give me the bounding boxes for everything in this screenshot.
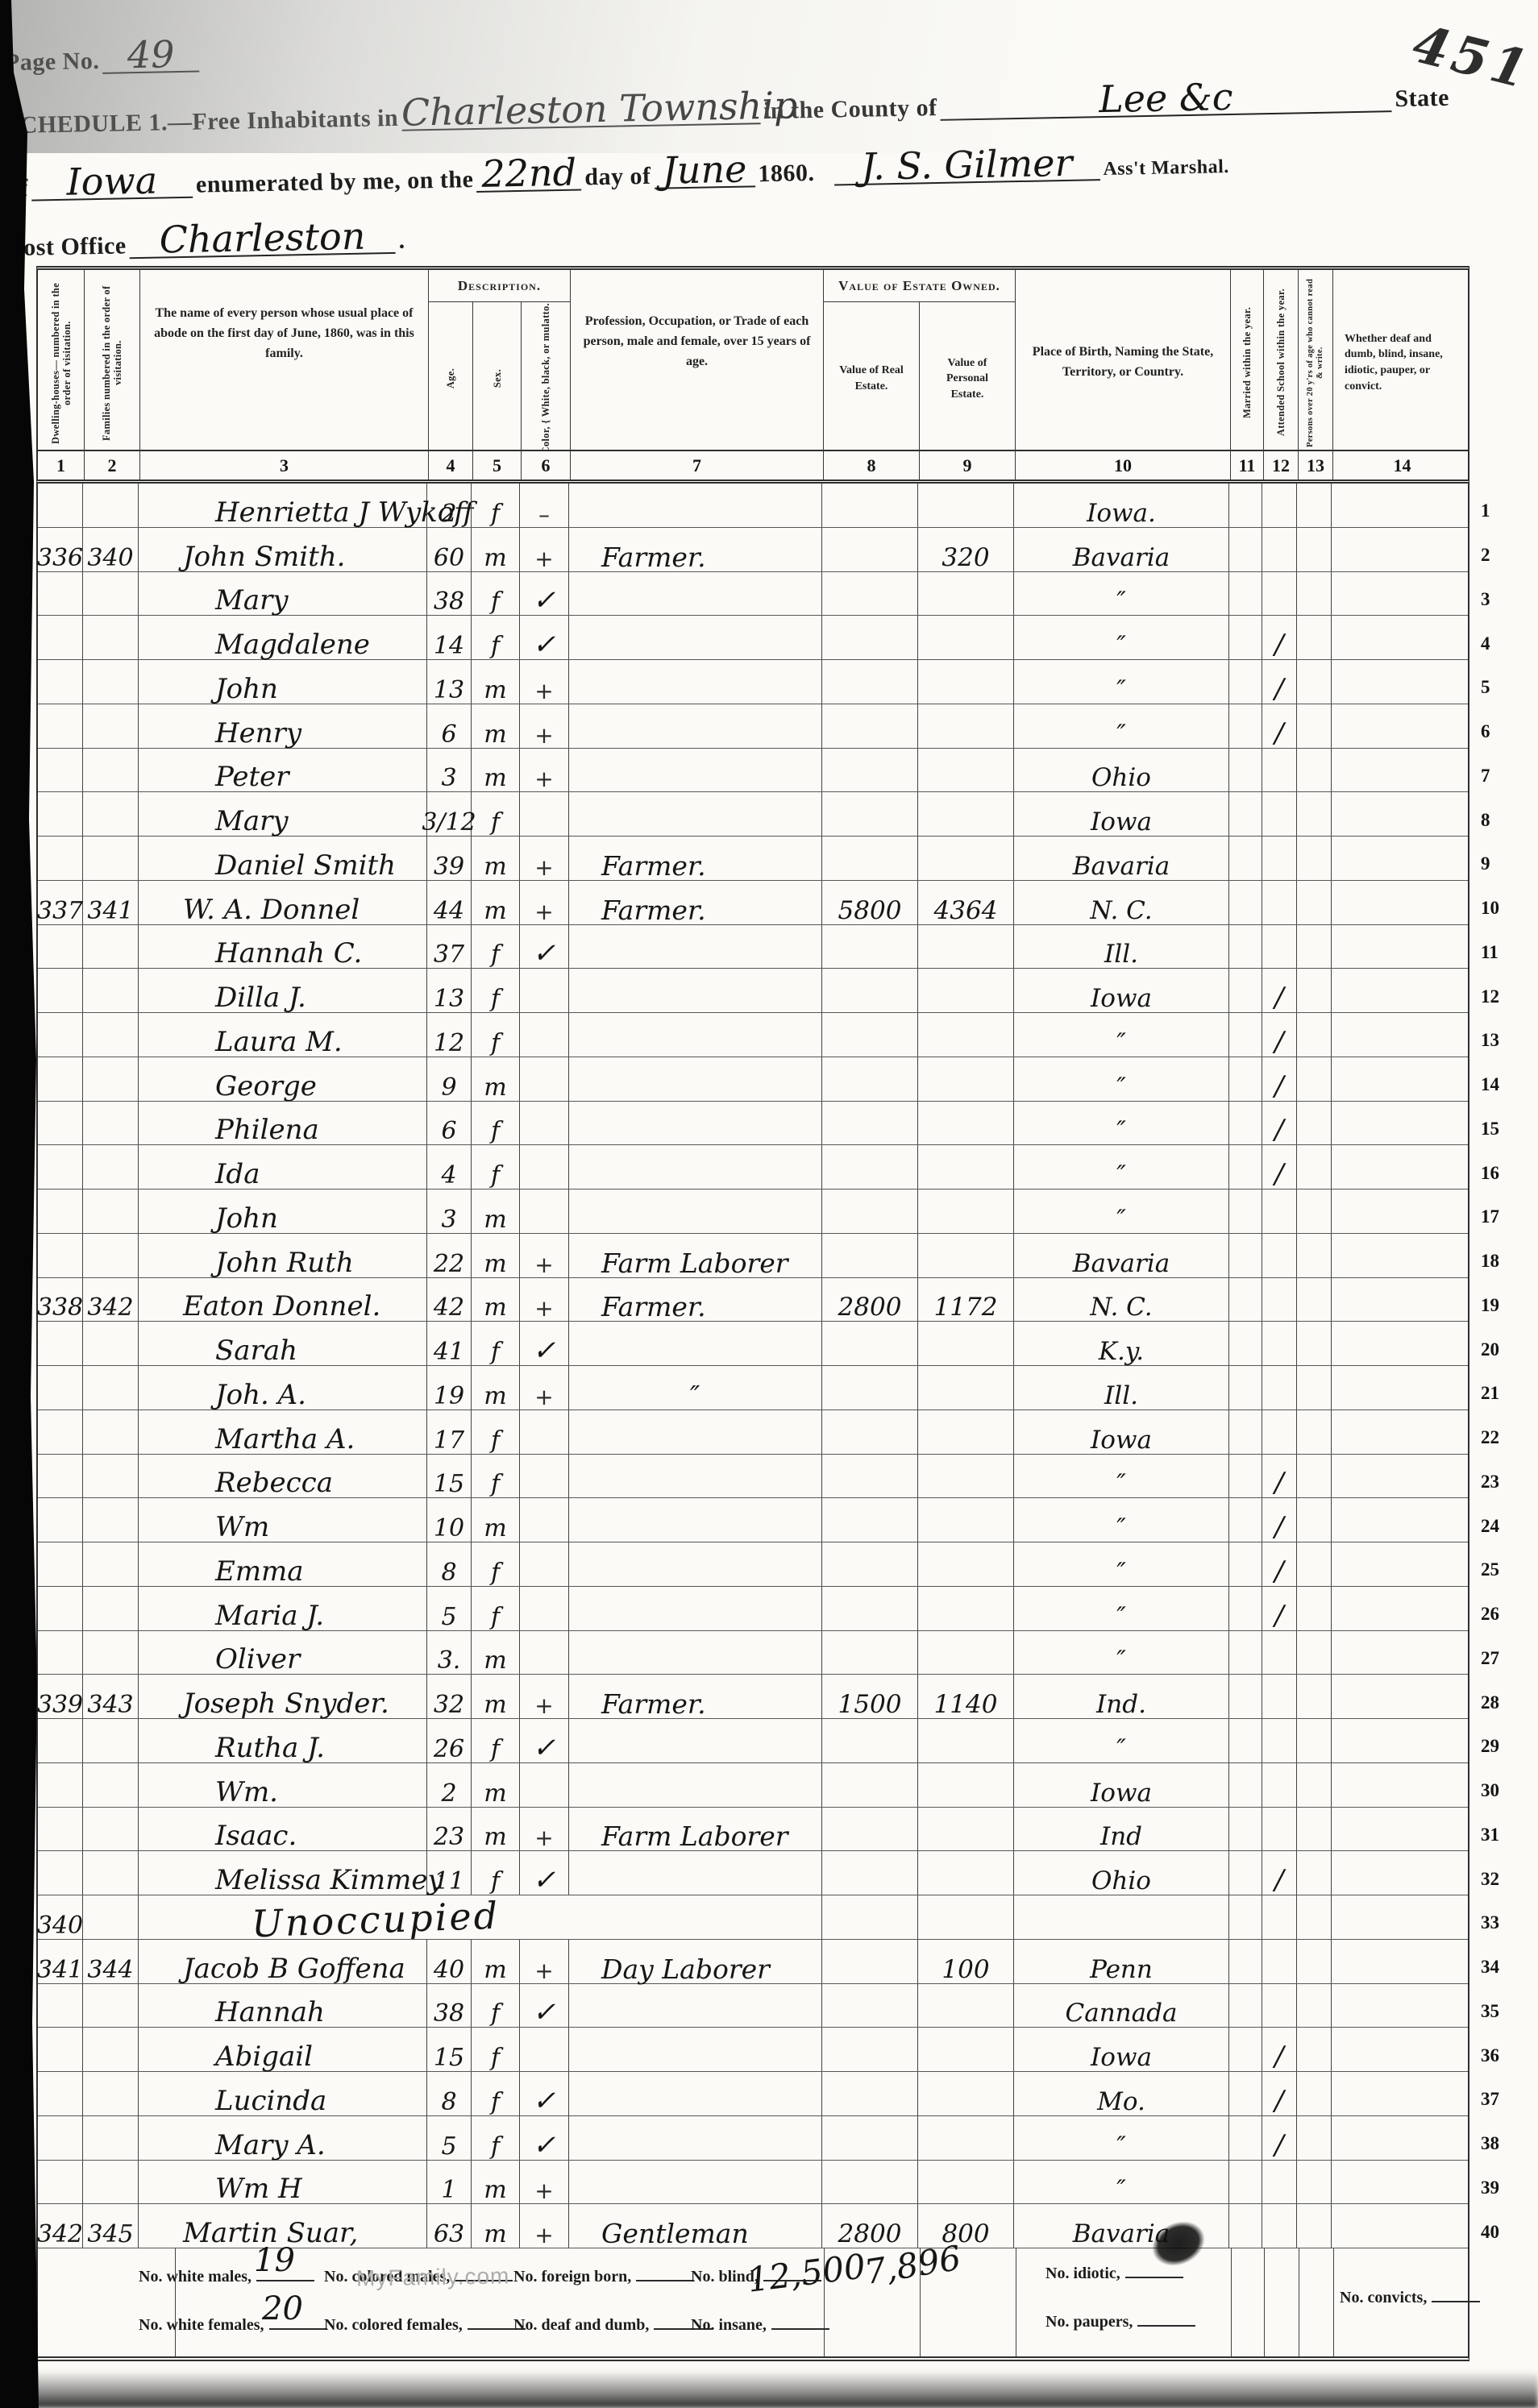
cell-color-mark (520, 1013, 569, 1057)
table-row: Oliver3.m″ (38, 1631, 1468, 1675)
cell-age: 41 (427, 1322, 472, 1365)
cell-married-mark (1229, 749, 1262, 792)
cell-personal-estate (918, 660, 1014, 704)
cell-cannot-read-mark (1297, 925, 1332, 969)
cell-sex: m (472, 749, 520, 792)
cell-married-mark (1229, 484, 1262, 527)
cell-family-number: 344 (83, 1940, 139, 1983)
cell-remarks (1332, 704, 1466, 748)
cell-real-estate (822, 1851, 918, 1895)
cell-personal-estate (918, 2116, 1014, 2160)
table-row: Daniel Smith39m+Farmer.Bavaria (38, 837, 1468, 881)
cell-age: 63 (427, 2204, 472, 2248)
cell-birthplace: N. C. (1014, 1278, 1229, 1322)
cell-occupation (569, 792, 822, 836)
cell-occupation (569, 1631, 822, 1675)
line-number: 27 (1469, 1631, 1538, 1675)
cell-married-mark (1229, 572, 1262, 616)
cell-personal-estate (918, 1895, 1014, 1939)
header-cannot-read: Persons over 20 y'rs of age who cannot r… (1299, 270, 1333, 455)
cell-sex: m (472, 704, 520, 748)
cell-sex: m (472, 1808, 520, 1851)
table-row: Rebecca15f″/ (38, 1455, 1468, 1499)
cell-family-number (83, 572, 139, 616)
cell-remarks (1332, 484, 1466, 527)
cell-color-mark (520, 1763, 569, 1807)
cell-family-number (83, 1587, 139, 1630)
cell-name: Abigail (139, 2028, 427, 2071)
column-number-row: 1 2 3 4 5 6 7 8 9 10 11 12 13 14 (36, 451, 1469, 484)
cell-married-mark (1229, 1455, 1262, 1498)
cell-real-estate (822, 1102, 918, 1145)
cell-name: Henry (139, 704, 427, 748)
cell-birthplace (1014, 1895, 1229, 1939)
cell-school-mark (1262, 1675, 1297, 1718)
cell-married-mark (1229, 969, 1262, 1012)
cell-real-estate (822, 484, 918, 527)
cell-personal-estate (918, 572, 1014, 616)
cell-cannot-read-mark (1297, 1719, 1332, 1762)
cell-birthplace: ″ (1014, 1587, 1229, 1630)
cell-color-mark: ✓ (520, 925, 569, 969)
cell-name: Wm H (139, 2161, 427, 2204)
cell-sex: m (472, 1498, 520, 1542)
cell-occupation (569, 1498, 822, 1542)
col-num-8: 8 (824, 451, 920, 480)
line-number: 5 (1469, 660, 1538, 704)
cell-married-mark (1229, 1763, 1262, 1807)
cell-remarks (1332, 1189, 1466, 1233)
table-row: Isaac.23m+Farm LaborerInd (38, 1808, 1468, 1852)
cell-married-mark (1229, 1145, 1262, 1189)
cell-color-mark: ✓ (520, 1984, 569, 2028)
page-no-blank: 49 (102, 44, 200, 74)
cell-cannot-read-mark (1297, 2116, 1332, 2160)
cell-school-mark (1262, 1984, 1297, 2028)
line-number: 19 (1469, 1278, 1538, 1322)
cell-age: 6 (427, 1102, 472, 1145)
cell-name: Hannah C. (139, 925, 427, 969)
cell-age: 40 (427, 1940, 472, 1983)
table-row: Hannah38f✓Cannada (38, 1984, 1468, 2028)
cell-name: Magdalene (139, 616, 427, 659)
cell-personal-estate (918, 1808, 1014, 1851)
cell-married-mark (1229, 616, 1262, 659)
cell-real-estate (822, 1322, 918, 1365)
cell-sex: f (472, 1719, 520, 1762)
cell-color-mark (520, 969, 569, 1012)
col-num-5: 5 (473, 451, 522, 480)
cell-sex: f (472, 572, 520, 616)
post-office-value: Charleston (159, 214, 366, 262)
cell-school-mark: / (1262, 969, 1297, 1012)
cell-married-mark (1229, 1013, 1262, 1057)
cell-birthplace: ″ (1014, 1013, 1229, 1057)
cell-school-mark (1262, 2161, 1297, 2204)
header-family: Families numbered in the order of visita… (85, 270, 140, 455)
cell-real-estate (822, 1808, 918, 1851)
line-number: 17 (1469, 1189, 1538, 1234)
cell-remarks (1332, 1410, 1466, 1454)
header-name: The name of every person whose usual pla… (140, 270, 429, 455)
cell-real-estate (822, 1940, 918, 1983)
cell-age: 8 (427, 1542, 472, 1586)
colored-females-label: No. colored females, (324, 2316, 526, 2335)
col-num-4: 4 (429, 451, 473, 480)
cell-color-mark: + (520, 837, 569, 880)
cell-married-mark (1229, 2028, 1262, 2071)
cell-personal-estate (918, 1455, 1014, 1498)
cell-cannot-read-mark (1297, 484, 1332, 527)
cell-sex: f (472, 1102, 520, 1145)
cell-real-estate: 2800 (822, 1278, 918, 1322)
line-number: 3 (1469, 572, 1538, 617)
cell-personal-estate: 1172 (918, 1278, 1014, 1322)
cell-personal-estate (918, 1719, 1014, 1762)
cell-cannot-read-mark (1297, 1057, 1332, 1101)
cell-married-mark (1229, 1940, 1262, 1983)
cell-married-mark (1229, 1542, 1262, 1586)
cell-birthplace: ″ (1014, 1542, 1229, 1586)
cell-color-mark: + (520, 528, 569, 571)
table-row: Rutha J.26f✓″ (38, 1719, 1468, 1763)
cell-occupation (569, 925, 822, 969)
header-cannot-read-text: Persons over 20 y'rs of age who cannot r… (1306, 276, 1325, 450)
cell-sex: m (472, 1631, 520, 1675)
cell-remarks (1332, 1675, 1466, 1718)
cell-name: Mary (139, 792, 427, 836)
cell-age: 39 (427, 837, 472, 880)
table-row: Henry6m+″/ (38, 704, 1468, 749)
cell-school-mark: / (1262, 2028, 1297, 2071)
cell-personal-estate (918, 1145, 1014, 1189)
footer-rule (1264, 2248, 1265, 2356)
cell-school-mark (1262, 1234, 1297, 1277)
cell-color-mark: + (520, 1234, 569, 1277)
cell-birthplace: ″ (1014, 704, 1229, 748)
cell-married-mark (1229, 1057, 1262, 1101)
header-school: Attended School within the year. (1264, 270, 1299, 455)
white-males-blank (256, 2280, 314, 2281)
enumerated-label: enumerated by me, on the (196, 166, 474, 198)
cell-personal-estate (918, 1410, 1014, 1454)
cell-cannot-read-mark (1297, 660, 1332, 704)
cell-occupation: Gentleman (569, 2204, 822, 2248)
cell-name: Oliver (139, 1631, 427, 1675)
header-dwelling-text: Dwelling-houses— numbered in the order o… (50, 276, 73, 450)
line-number: 2 (1469, 528, 1538, 572)
cell-personal-estate (918, 2072, 1014, 2115)
cell-school-mark (1262, 1895, 1297, 1939)
county-label: in the County of (763, 94, 937, 124)
marshal-label: Ass't Marshal. (1103, 156, 1229, 180)
cell-remarks (1332, 1808, 1466, 1851)
cell-birthplace: ″ (1014, 1631, 1229, 1675)
cell-dwelling-number: 337 (38, 881, 83, 924)
cell-remarks (1332, 1587, 1466, 1630)
col-num-14: 14 (1333, 451, 1471, 480)
cell-real-estate (822, 1895, 918, 1939)
state-blank: Iowa (31, 169, 193, 201)
cell-cannot-read-mark (1297, 969, 1332, 1012)
cell-occupation (569, 1057, 822, 1101)
cell-real-estate (822, 969, 918, 1012)
cell-name: Eaton Donnel. (139, 1278, 427, 1322)
cell-age: 1 (427, 2161, 472, 2204)
cell-birthplace: ″ (1014, 616, 1229, 659)
cell-real-estate: 5800 (822, 881, 918, 924)
line-number: 25 (1469, 1542, 1538, 1587)
cell-sex: f (472, 1013, 520, 1057)
cell-real-estate (822, 572, 918, 616)
cell-remarks (1332, 1542, 1466, 1586)
header-remarks: Whether deaf and dumb, blind, insane, id… (1333, 270, 1471, 455)
header-real-estate-text: Value of Real Estate. (824, 358, 919, 399)
convicts-label: No. convicts, (1340, 2289, 1480, 2307)
cell-occupation (569, 1145, 822, 1189)
line-number: 38 (1469, 2116, 1538, 2161)
state-word: State (1395, 85, 1449, 112)
footer-rule (1016, 2248, 1016, 2356)
cell-married-mark (1229, 881, 1262, 924)
line-number: 9 (1469, 837, 1538, 881)
cell-birthplace: ″ (1014, 1145, 1229, 1189)
line-number: 18 (1469, 1234, 1538, 1278)
table-row: Joh. A.19m+″Ill. (38, 1366, 1468, 1410)
cell-occupation: Farm Laborer (569, 1808, 822, 1851)
cell-family-number (83, 1542, 139, 1586)
cell-cannot-read-mark (1297, 1851, 1332, 1895)
deaf-dumb-label: No. deaf and dumb, (513, 2316, 712, 2335)
header-remarks-text: Whether deaf and dumb, blind, insane, id… (1333, 326, 1471, 399)
cell-age: 4 (427, 1145, 472, 1189)
cell-name: John Ruth (139, 1234, 427, 1277)
cell-age: 3. (427, 1631, 472, 1675)
cell-name: Martha A. (139, 1410, 427, 1454)
cell-dwelling-number: 338 (38, 1278, 83, 1322)
cell-birthplace: Ill. (1014, 925, 1229, 969)
cell-color-mark: + (520, 2204, 569, 2248)
cell-birthplace: Cannada (1014, 1984, 1229, 2028)
binding-edge (0, 0, 40, 2408)
cell-dwelling-number (38, 925, 83, 969)
cell-cannot-read-mark (1297, 2204, 1332, 2248)
cell-family-number (83, 1498, 139, 1542)
cell-school-mark: / (1262, 616, 1297, 659)
month-blank: June (654, 158, 755, 189)
year-label: 1860. (758, 160, 815, 187)
header-color: Color, { White, black, or mulatto. (522, 302, 571, 455)
col-num-7: 7 (571, 451, 824, 480)
cell-school-mark: / (1262, 1455, 1297, 1498)
cell-name: Ida (139, 1145, 427, 1189)
footer-rule (1299, 2248, 1299, 2356)
cell-real-estate (822, 1234, 918, 1277)
line-number: 22 (1469, 1410, 1538, 1455)
cell-color-mark: ✓ (520, 616, 569, 659)
cell-married-mark (1229, 1851, 1262, 1895)
cell-sex: f (472, 2028, 520, 2071)
cell-personal-estate (918, 969, 1014, 1012)
page-no-line: Page No. 49 (5, 44, 200, 77)
cell-occupation (569, 1984, 822, 2028)
cell-birthplace: ″ (1014, 1057, 1229, 1101)
table-row: Dilla J.13fIowa/ (38, 969, 1468, 1013)
table-row: Martha A.17fIowa (38, 1410, 1468, 1455)
cell-personal-estate (918, 1322, 1014, 1365)
table-row: Abigail15fIowa/ (38, 2028, 1468, 2072)
cell-family-number (83, 1895, 139, 1939)
cell-name: Joseph Snyder. (139, 1675, 427, 1718)
cell-age: 17 (427, 1410, 472, 1454)
cell-school-mark (1262, 1410, 1297, 1454)
cell-school-mark (1262, 749, 1297, 792)
line-number: 39 (1469, 2161, 1538, 2205)
cell-real-estate (822, 1631, 918, 1675)
cell-married-mark (1229, 1984, 1262, 2028)
col-num-3: 3 (140, 451, 429, 480)
month-value: June (662, 147, 747, 193)
header-color-text: Color, { White, black, or mulatto. (540, 303, 551, 454)
cell-cannot-read-mark (1297, 1763, 1332, 1807)
cell-married-mark (1229, 2161, 1262, 2204)
cell-family-number (83, 1145, 139, 1189)
foreign-born-label: No. foreign born, (513, 2268, 694, 2286)
insane-label: No. insane, (691, 2316, 829, 2335)
white-females-value: 20 (262, 2290, 303, 2327)
cell-occupation (569, 1102, 822, 1145)
cell-school-mark (1262, 1940, 1297, 1983)
cell-birthplace: Iowa (1014, 969, 1229, 1012)
cell-family-number (83, 2161, 139, 2204)
cell-age: 38 (427, 572, 472, 616)
cell-remarks (1332, 2028, 1466, 2071)
post-office-blank: Charleston (129, 225, 396, 259)
cell-age: 9 (427, 1057, 472, 1101)
cell-family-number (83, 1455, 139, 1498)
cell-real-estate (822, 925, 918, 969)
cell-school-mark (1262, 1278, 1297, 1322)
cell-sex: f (472, 925, 520, 969)
cell-sex: f (472, 1542, 520, 1586)
cell-cannot-read-mark (1297, 1013, 1332, 1057)
cell-sex: m (472, 1763, 520, 1807)
cell-married-mark (1229, 1366, 1262, 1410)
real-estate-total: 12,500 (746, 2246, 868, 2300)
cell-school-mark (1262, 881, 1297, 924)
line-number: 32 (1469, 1851, 1538, 1895)
white-males-value: 19 (254, 2242, 295, 2279)
schedule-line: SCHEDULE 1.—Free Inhabitants in Charlest… (6, 82, 1449, 139)
line-number: 1 (1469, 484, 1538, 528)
header-description-band: Description. (429, 270, 571, 302)
cell-birthplace: ″ (1014, 2116, 1229, 2160)
cell-name: Lucinda (139, 2072, 427, 2115)
cell-family-number (83, 616, 139, 659)
cell-cannot-read-mark (1297, 837, 1332, 880)
cell-dwelling-number (38, 1057, 83, 1101)
cell-personal-estate (918, 484, 1014, 527)
cell-cannot-read-mark (1297, 1189, 1332, 1233)
cell-married-mark (1229, 1322, 1262, 1365)
cell-real-estate (822, 1498, 918, 1542)
county-value: Lee &c (1099, 75, 1233, 121)
cell-family-number (83, 749, 139, 792)
header-occupation: Profession, Occupation, or Trade of each… (571, 270, 824, 455)
cell-family-number (83, 1234, 139, 1277)
cell-real-estate (822, 1057, 918, 1101)
cell-cannot-read-mark (1297, 616, 1332, 659)
cell-personal-estate (918, 1498, 1014, 1542)
enumeration-line: of Iowa enumerated by me, on the 22nd da… (7, 149, 1229, 202)
cell-dwelling-number (38, 1455, 83, 1498)
cell-family-number (83, 1189, 139, 1233)
cell-remarks (1332, 1057, 1466, 1101)
cell-cannot-read-mark (1297, 1278, 1332, 1322)
signature-blank: J. S. Gilmer (833, 152, 1100, 185)
cell-remarks (1332, 1631, 1466, 1675)
line-number: 37 (1469, 2072, 1538, 2116)
cell-married-mark (1229, 1189, 1262, 1233)
cell-birthplace: Iowa (1014, 1410, 1229, 1454)
cell-real-estate (822, 1719, 918, 1762)
page-footer: No. white males, 19 No. colored males, N… (36, 2248, 1469, 2361)
cell-name: Mary A. (139, 2116, 427, 2160)
cell-school-mark: / (1262, 1542, 1297, 1586)
cell-birthplace: Mo. (1014, 2072, 1229, 2115)
cell-remarks (1332, 1940, 1466, 1983)
cell-age: 60 (427, 528, 472, 571)
cell-occupation (569, 1322, 822, 1365)
cell-occupation (569, 1587, 822, 1630)
cell-age: 42 (427, 1278, 472, 1322)
cell-dwelling-number (38, 1366, 83, 1410)
cell-age: 26 (427, 1719, 472, 1762)
cell-family-number (83, 1322, 139, 1365)
cell-birthplace: Bavaria (1014, 1234, 1229, 1277)
cell-color-mark: ✓ (520, 1851, 569, 1895)
cell-cannot-read-mark (1297, 1631, 1332, 1675)
cell-color-mark: + (520, 1278, 569, 1322)
cell-name: Maria J. (139, 1587, 427, 1630)
cell-school-mark: / (1262, 1851, 1297, 1895)
cell-birthplace: ″ (1014, 1719, 1229, 1762)
cell-color-mark (520, 1631, 569, 1675)
line-number: 12 (1469, 969, 1538, 1013)
cell-real-estate (822, 1455, 918, 1498)
table-header: Dwelling-houses— numbered in the order o… (36, 266, 1469, 451)
cell-age: 23 (427, 1808, 472, 1851)
cell-occupation (569, 1455, 822, 1498)
cell-married-mark (1229, 2072, 1262, 2115)
cell-remarks (1332, 792, 1466, 836)
cell-married-mark (1229, 1410, 1262, 1454)
cell-personal-estate (918, 1851, 1014, 1895)
table-row: John13m+″/ (38, 660, 1468, 704)
schedule-label: SCHEDULE 1.—Free Inhabitants in (6, 105, 398, 139)
cell-occupation: Farmer. (569, 528, 822, 571)
cell-remarks (1332, 925, 1466, 969)
cell-real-estate (822, 1013, 918, 1057)
cell-name: Isaac. (139, 1808, 427, 1851)
table-row: Magdalene14f✓″/ (38, 616, 1468, 660)
cell-personal-estate: 4364 (918, 881, 1014, 924)
cell-remarks (1332, 2116, 1466, 2160)
header-birthplace-text: Place of Birth, Naming the State, Territ… (1016, 338, 1230, 388)
cell-personal-estate (918, 1057, 1014, 1101)
cell-remarks (1332, 1498, 1466, 1542)
header-personal-estate: Value of Personal Estate. (920, 302, 1016, 455)
